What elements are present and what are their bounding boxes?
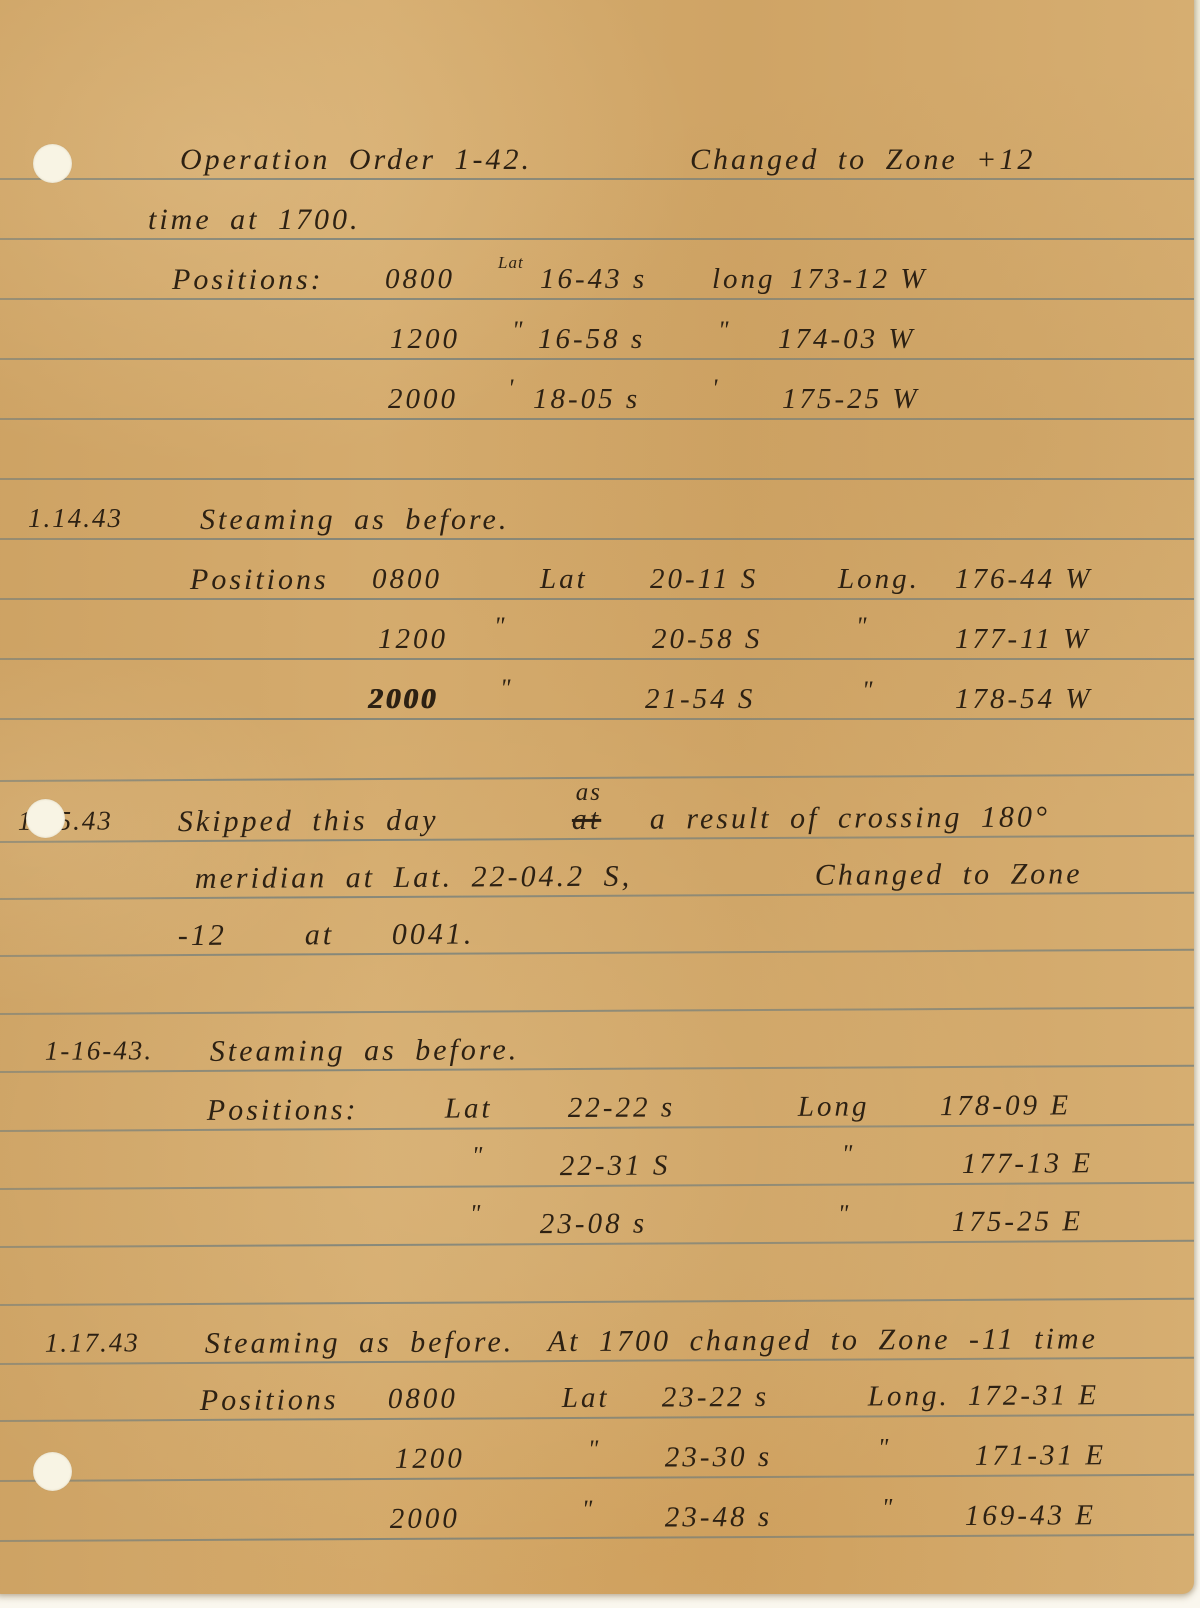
positions-label: Positions: (207, 1093, 359, 1128)
lat-value: 23-22 s (662, 1381, 769, 1415)
long-value: 176-44 W (955, 563, 1093, 596)
ditto-mark: " (512, 317, 523, 345)
time-value: 1200 (395, 1443, 465, 1476)
punch-hole-top (33, 144, 72, 183)
lat-value: 23-30 s (665, 1441, 772, 1475)
entry-text: a result of crossing 180° (650, 801, 1050, 837)
log-heading-line: Operation Order 1-42. Changed to Zone +1… (0, 143, 1194, 183)
long-value: 174-03 W (778, 323, 916, 356)
lat-value: 20-11 S (650, 563, 758, 596)
long-value: 178-54 W (955, 683, 1093, 716)
log-entry-heading: 1-16-43. Steaming as before. (0, 1030, 1194, 1076)
operation-order-text: Operation Order 1-42. (180, 143, 532, 177)
ditto-mark: " (472, 1142, 483, 1170)
positions-label: Positions (200, 1383, 339, 1418)
log-entry-line: -12 at 0041. (0, 914, 1194, 960)
ditto-mark: " (878, 1434, 889, 1462)
ditto-mark: " (470, 1200, 481, 1228)
positions-row: 1200 " 23-30 s " 171-31 E (0, 1439, 1194, 1485)
time-value: 1200 (378, 623, 448, 656)
ditto-mark: " (582, 1496, 593, 1524)
entry-date: 1.17.43 (45, 1327, 140, 1358)
entry-date: 1-16-43. (45, 1035, 153, 1067)
long-value: 173-12 W (790, 263, 928, 296)
lat-value: 23-48 s (665, 1501, 772, 1535)
ditto-mark: " (882, 1494, 893, 1522)
punch-hole-bottom (33, 1452, 72, 1491)
log-entry-heading: 1.17.43 Steaming as before. At 1700 chan… (0, 1322, 1194, 1368)
time-value: 0800 (388, 1383, 458, 1416)
positions-row: 1200 " 16-58 s " 174-03 W (0, 323, 1194, 363)
time-value: 2000 (388, 383, 458, 416)
ditto-mark: " (842, 1141, 853, 1169)
entry-heading-text: Steaming as before. (200, 503, 509, 537)
log-entry-heading: 1.15.43 Skipped this day at as a result … (0, 800, 1194, 846)
lat-value: 18-05 s (533, 383, 640, 416)
entry-text: Skipped this day (178, 804, 439, 839)
positions-row: Positions 0800 Lat 23-22 s Long. 172-31 … (0, 1379, 1194, 1425)
lat-label: Lat (540, 563, 588, 596)
lat-label: Lat (562, 1382, 610, 1415)
positions-row: " 23-08 s " 175-25 E (0, 1205, 1194, 1251)
lat-value: 16-43 s (540, 263, 647, 296)
lat-value: 21-54 S (645, 683, 755, 716)
time-value-overwritten: 2000 (368, 683, 438, 716)
entry-heading-text: Steaming as before. (210, 1033, 520, 1069)
log-heading-line: time at 1700. (0, 203, 1194, 243)
long-value: 172-31 E (968, 1379, 1099, 1413)
ditto-mark: ' (508, 375, 513, 403)
long-value: 177-13 E (962, 1147, 1093, 1181)
correction-word: as (576, 779, 602, 807)
ditto-mark: " (494, 613, 505, 641)
lat-value: 22-31 S (560, 1149, 671, 1183)
long-value: 175-25 E (952, 1205, 1083, 1239)
time-value: 2000 (390, 1503, 460, 1536)
ditto-mark: " (500, 675, 511, 703)
struck-word-group: at as (572, 803, 602, 837)
zone-value: -12 (178, 919, 227, 953)
positions-row: 2000 " 23-48 s " 169-43 E (0, 1499, 1194, 1545)
lat-value: 23-08 s (540, 1208, 647, 1242)
entry-text: Changed to Zone (815, 857, 1083, 892)
time-note-text: time at 1700. (148, 203, 361, 237)
time-value: 0800 (372, 563, 442, 596)
entry-text: meridian at Lat. 22-04.2 S, (195, 860, 632, 896)
punch-hole-middle (26, 799, 65, 838)
positions-row: Positions 0800 Lat 20-11 S Long. 176-44 … (0, 563, 1194, 603)
long-label: Long (798, 1090, 870, 1123)
lat-label: Lat (498, 253, 524, 273)
positions-label: Positions (190, 563, 329, 597)
ditto-mark: ' (712, 375, 717, 403)
zone-change-text: Changed to Zone +12 (690, 143, 1035, 177)
log-entry-heading: 1.14.43 Steaming as before. (0, 503, 1194, 543)
ditto-mark: " (856, 613, 867, 641)
lat-value: 20-58 S (652, 623, 762, 656)
ditto-mark: " (838, 1201, 849, 1229)
time-value: 1200 (390, 323, 460, 356)
time-value: 0041. (392, 918, 475, 952)
entry-heading-text: At 1700 changed to Zone -11 time (548, 1322, 1098, 1359)
lat-label: Lat (445, 1092, 493, 1125)
entry-heading-text: Steaming as before. (205, 1325, 515, 1361)
positions-label: Positions: (172, 263, 324, 297)
long-value: 178-09 E (940, 1089, 1071, 1123)
long-value: 175-25 W (782, 383, 920, 416)
positions-row: 2000 " 21-54 S " 178-54 W (0, 683, 1194, 723)
lat-value: 22-22 s (568, 1091, 675, 1125)
struck-word: at (572, 803, 602, 836)
long-value: 177-11 W (955, 623, 1090, 656)
positions-row: 1200 " 20-58 S " 177-11 W (0, 623, 1194, 663)
entry-date: 1.14.43 (28, 503, 123, 534)
long-label: Long. (838, 563, 920, 596)
ditto-mark: " (588, 1436, 599, 1464)
lat-value: 16-58 s (538, 323, 645, 356)
positions-row: Positions: Lat 22-22 s Long 178-09 E (0, 1089, 1194, 1135)
positions-row: 2000 ' 18-05 s ' 175-25 W (0, 383, 1194, 423)
long-label: Long. (868, 1380, 950, 1413)
long-value: 171-31 E (975, 1439, 1106, 1473)
long-value: 169-43 E (965, 1499, 1096, 1533)
time-value: 0800 (385, 263, 455, 296)
positions-row: Positions: 0800 Lat 16-43 s long 173-12 … (0, 263, 1194, 303)
log-entry-line: meridian at Lat. 22-04.2 S, Changed to Z… (0, 857, 1194, 903)
ditto-mark: " (718, 317, 729, 345)
ruled-line (0, 478, 1194, 480)
ditto-mark: " (862, 677, 873, 705)
long-label: long (712, 263, 776, 296)
positions-row: " 22-31 S " 177-13 E (0, 1147, 1194, 1193)
entry-text: at (305, 918, 335, 952)
